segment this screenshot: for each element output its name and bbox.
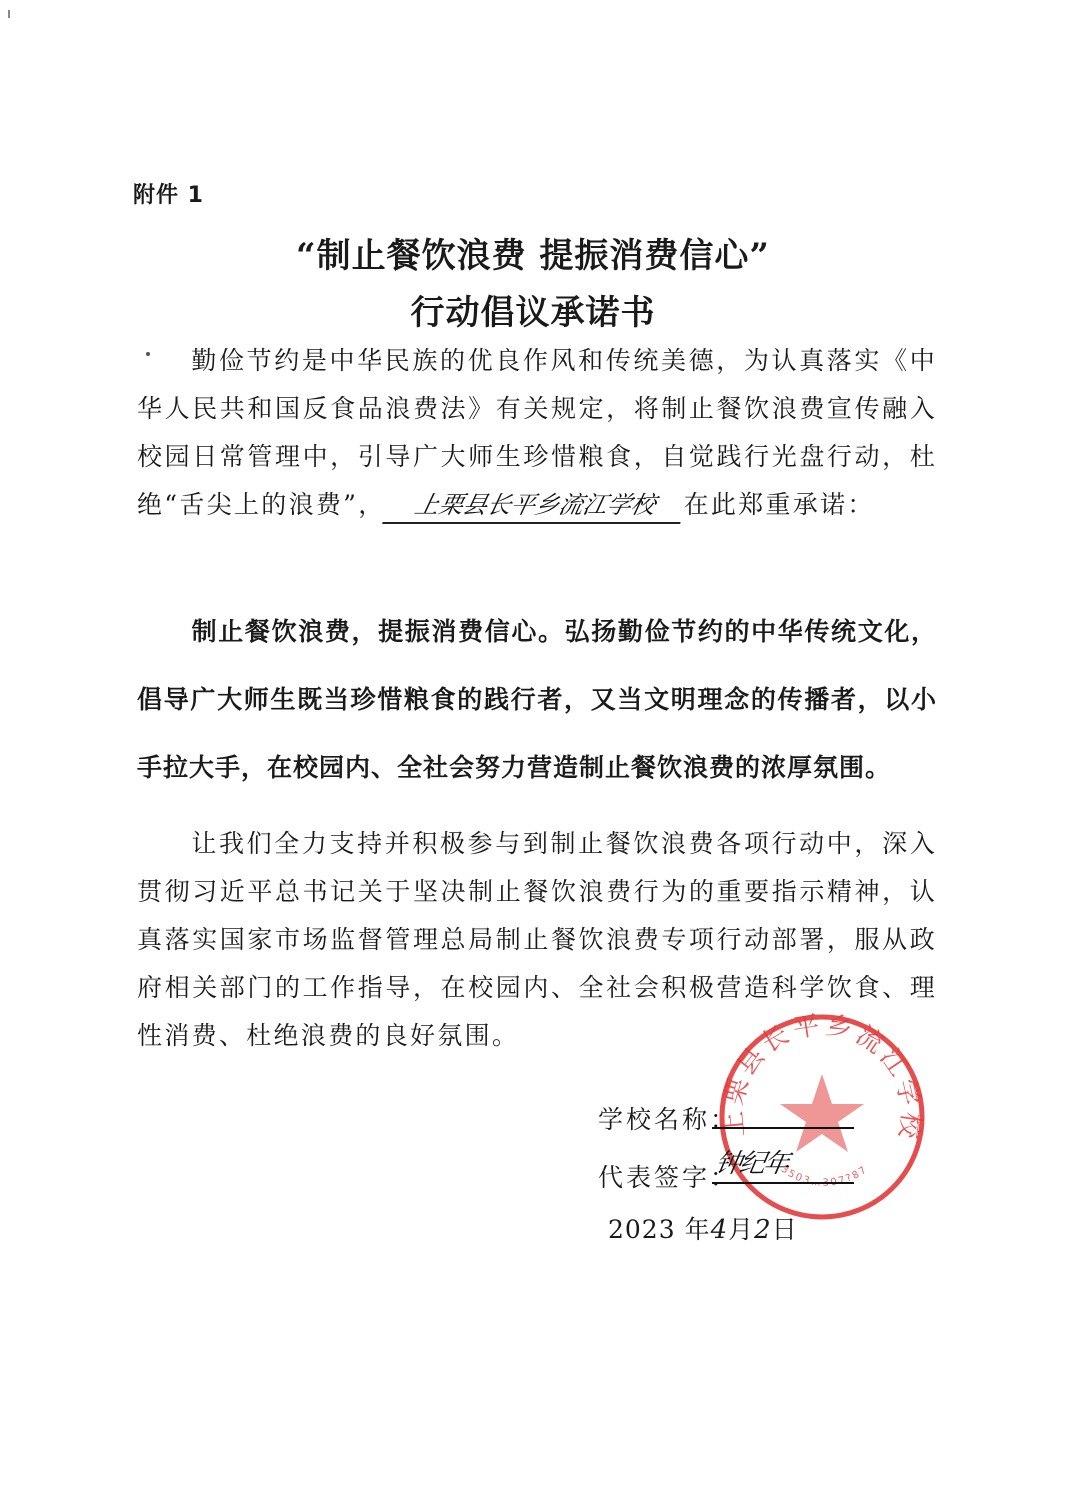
- star-icon: [780, 1074, 864, 1152]
- school-name-underline: [712, 1127, 854, 1129]
- date-day-label: 日: [772, 1215, 798, 1244]
- representative-signature: 钟纪年: [713, 1143, 792, 1180]
- attachment-label: 附件 1: [133, 178, 204, 209]
- scan-mark: [8, 10, 10, 18]
- paragraph-intro: 勤俭节约是中华民族的优良作风和传统美德，为认真落实《中华人民共和国反食品浪费法》…: [137, 337, 937, 529]
- paragraph-intro-tail: 在此郑重承诺：: [684, 490, 875, 519]
- svg-text:3503…307?87: 3503…307?87: [779, 1164, 870, 1189]
- paragraph-commitment: 制止餐饮浪费，提振消费信心。弘扬勤俭节约的中华传统文化，倡导广大师生既当珍惜粮食…: [137, 598, 937, 802]
- representative-underline: [712, 1182, 854, 1184]
- date-line: 2023 年4月2日: [608, 1210, 798, 1246]
- school-name-label: 学校名称：: [598, 1100, 738, 1136]
- paragraph-commitment-text: 制止餐饮浪费，提振消费信心。弘扬勤俭节约的中华传统文化，倡导广大师生既当珍惜粮食…: [137, 617, 937, 782]
- official-seal-stamp: 上栗县长平乡流江学校 3503…307?87: [717, 1012, 927, 1222]
- stamp-code: 3503…307?87: [779, 1164, 870, 1189]
- date-day-handwritten: 2: [754, 1215, 772, 1245]
- date-month-handwritten: 4: [711, 1215, 729, 1245]
- document-title-line1: “制止餐饮浪费 提振消费信心”: [0, 228, 1066, 277]
- date-year: 2023 年: [608, 1215, 711, 1244]
- handwritten-school-name: 上栗县长平乡流江学校: [382, 488, 688, 524]
- date-month-label: 月: [728, 1215, 754, 1244]
- document-title-line2: 行动倡议承诺书: [0, 285, 1066, 334]
